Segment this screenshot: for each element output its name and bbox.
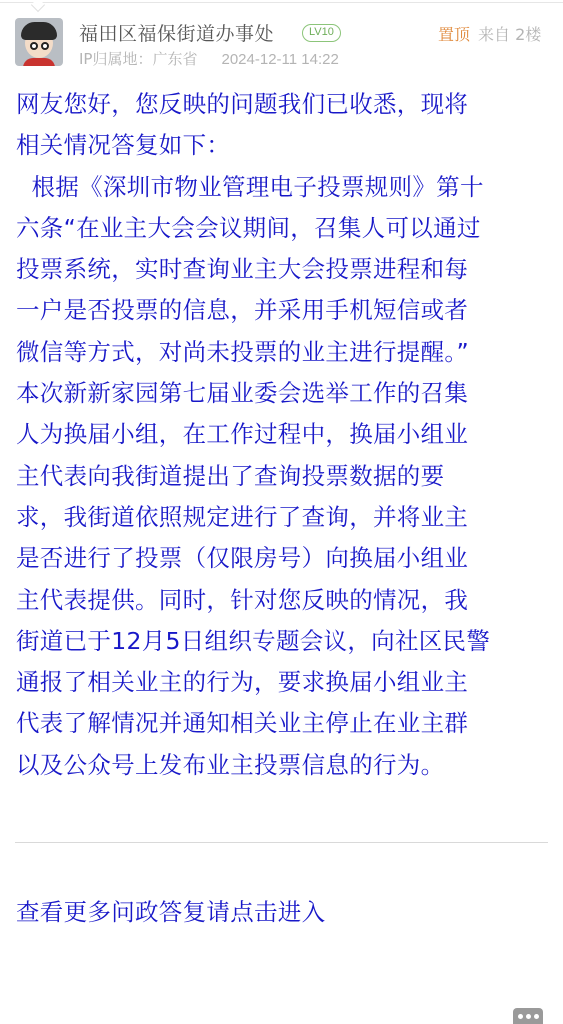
body-line: 投票系统，实时查询业主大会投票进程和每	[16, 249, 556, 290]
body-line: 一户是否投票的信息，并采用手机短信或者	[16, 290, 556, 331]
body-line: 人为换届小组，在工作过程中，换届小组业	[16, 414, 556, 455]
body-line: 根据《深圳市物业管理电子投票规则》第十	[16, 167, 556, 208]
pinned-label: 置顶	[438, 22, 470, 45]
avatar-eye	[41, 42, 49, 50]
body-line: 本次新新家园第七届业委会选举工作的召集	[16, 373, 556, 414]
author-name[interactable]: 福田区福保街道办事处	[79, 19, 274, 46]
body-line: 通报了相关业主的行为，要求换届小组业主	[16, 662, 556, 703]
more-dots-icon	[518, 1014, 523, 1019]
body-line: 以及公众号上发布业主投票信息的行为。	[16, 745, 556, 786]
body-line: 六条“在业主大会会议期间，召集人可以通过	[16, 208, 556, 249]
body-line: 主代表向我街道提出了查询投票数据的要	[16, 456, 556, 497]
level-badge: LV10	[302, 24, 341, 42]
body-line: 街道已于12月5日组织专题会议，向社区民警	[16, 621, 556, 662]
ip-location: IP归属地：广东省	[79, 50, 197, 68]
floor-label: 来自 2楼	[478, 22, 541, 45]
post-timestamp: 2024-12-11 14:22	[221, 51, 338, 68]
post-meta: IP归属地：广东省2024-12-11 14:22	[79, 48, 339, 69]
avatar-hair	[21, 22, 57, 40]
body-line: 微信等方式，对尚未投票的业主进行提醒。”	[16, 332, 556, 373]
more-dots-icon	[526, 1014, 531, 1019]
more-options-button[interactable]	[513, 1008, 543, 1024]
more-dots-icon	[534, 1014, 539, 1019]
content-divider	[15, 842, 548, 843]
body-line: 求，我街道依照规定进行了查询，并将业主	[16, 497, 556, 538]
body-line: 代表了解情况并通知相关业主停止在业主群	[16, 703, 556, 744]
avatar-eye	[30, 42, 38, 50]
body-line: 网友您好，您反映的问题我们已收悉，现将	[16, 84, 556, 125]
post-header: 福田区福保街道办事处 LV10 IP归属地：广东省2024-12-11 14:2…	[0, 0, 563, 76]
body-line: 相关情况答复如下：	[16, 125, 556, 166]
body-line: 是否进行了投票（仅限房号）向换届小组业	[16, 538, 556, 579]
body-line: 主代表提供。同时，针对您反映的情况，我	[16, 580, 556, 621]
avatar[interactable]	[15, 18, 63, 66]
avatar-shirt	[23, 58, 55, 66]
post-body: 网友您好，您反映的问题我们已收悉，现将 相关情况答复如下： 根据《深圳市物业管理…	[16, 84, 556, 786]
more-replies-link[interactable]: 查看更多问政答复请点击进入	[16, 893, 325, 927]
